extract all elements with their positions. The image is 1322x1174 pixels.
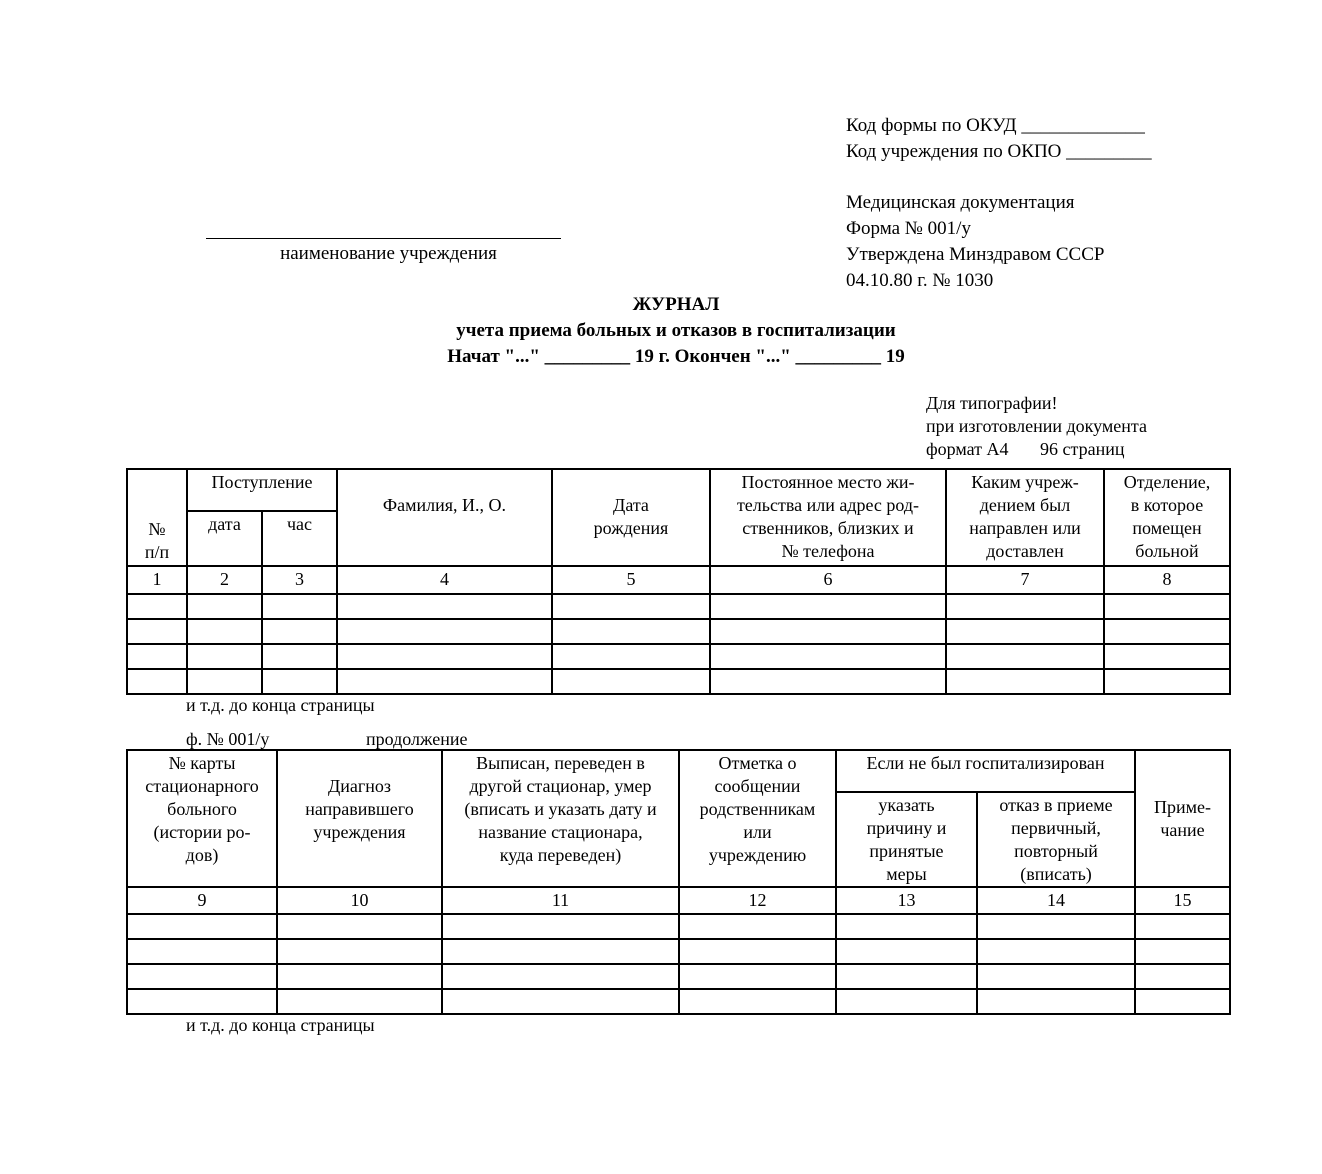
journal-period: Начат "..." _________ 19 г. Окончен "...… [300,344,1052,370]
column-number: 4 [337,566,552,594]
column-number: 3 [262,566,337,594]
table-row [127,914,1230,939]
table-cell[interactable] [679,964,836,989]
header-not-hospitalized: Если не был госпитализирован [836,750,1135,792]
column-number: 5 [552,566,710,594]
header-birth-date: Дата рождения [552,469,710,566]
table-cell[interactable] [710,669,946,694]
column-numbers-row: 9 10 11 12 13 14 15 [127,887,1230,914]
table-cell[interactable] [262,594,337,619]
header-number: № п/п [127,469,187,566]
table-cell[interactable] [946,669,1104,694]
table-cell[interactable] [710,619,946,644]
table-cell[interactable] [552,594,710,619]
table-cell[interactable] [552,669,710,694]
column-number: 12 [679,887,836,914]
header-reason: указать причину и принятые меры [836,792,977,887]
meta-line: Медицинская документация [846,190,1104,216]
table-row [127,594,1230,619]
header-card-number: № карты стационарного больного (истории … [127,750,277,887]
header-admission-hour: час [262,511,337,566]
header-admission: Поступление [187,469,337,511]
table-cell[interactable] [187,644,262,669]
page-subtitle: учета приема больных и отказов в госпита… [300,318,1052,344]
table-cell[interactable] [127,964,277,989]
table-cell[interactable] [1104,619,1230,644]
header-discharged: Выписан, переведен в другой стационар, у… [442,750,679,887]
table-cell[interactable] [552,644,710,669]
okud-code-line: Код формы по ОКУД _____________ [846,113,1152,139]
table-cell[interactable] [977,939,1135,964]
table-cell[interactable] [277,914,442,939]
table-cell[interactable] [1104,594,1230,619]
table-cell[interactable] [337,619,552,644]
column-number: 11 [442,887,679,914]
table-cell[interactable] [1135,939,1230,964]
column-number: 9 [127,887,277,914]
table-row [127,644,1230,669]
table-cell[interactable] [679,989,836,1014]
table-cell[interactable] [277,964,442,989]
header-referred-by: Каким учреж- дением был направлен или до… [946,469,1104,566]
table-row [127,619,1230,644]
table-cell[interactable] [262,669,337,694]
table-cell[interactable] [836,964,977,989]
table-cell[interactable] [127,914,277,939]
table-cell[interactable] [277,939,442,964]
table-row [127,964,1230,989]
table-cell[interactable] [442,964,679,989]
continue-note: и т.д. до конца страницы [186,1012,375,1038]
column-number: 15 [1135,887,1230,914]
empty-rows [127,914,1230,1014]
table-cell[interactable] [337,669,552,694]
table-cell[interactable] [836,989,977,1014]
table-cell[interactable] [277,989,442,1014]
table-cell[interactable] [946,619,1104,644]
column-number: 13 [836,887,977,914]
form-codes: Код формы по ОКУД _____________ Код учре… [846,113,1152,165]
table-cell[interactable] [262,644,337,669]
institution-name-label: наименование учреждения [206,241,571,267]
typography-note-line: Для типографии! [926,392,1147,415]
header-full-name: Фамилия, И., О. [337,469,552,566]
meta-line: Утверждена Минздравом СССР [846,242,1104,268]
meta-line: Форма № 001/у [846,216,1104,242]
header-address: Постоянное место жи- тельства или адрес … [710,469,946,566]
table-row [127,939,1230,964]
header-notification: Отметка о сообщении родственникам или уч… [679,750,836,887]
column-number: 6 [710,566,946,594]
table-cell[interactable] [187,619,262,644]
institution-name-field[interactable] [206,238,561,239]
meta-line: 04.10.80 г. № 1030 [846,268,1104,294]
header-diagnosis: Диагноз направившего учреждения [277,750,442,887]
table-cell[interactable] [127,619,187,644]
page-title: ЖУРНАЛ [300,292,1052,318]
table-cell[interactable] [977,964,1135,989]
table-cell[interactable] [710,644,946,669]
admission-journal-continuation-table: № карты стационарного больного (истории … [126,749,1231,1015]
table-cell[interactable] [836,914,977,939]
column-number: 7 [946,566,1104,594]
table-row [127,989,1230,1014]
header-remark: Приме- чание [1135,750,1230,887]
table-cell[interactable] [337,644,552,669]
column-number: 14 [977,887,1135,914]
table-cell[interactable] [977,989,1135,1014]
table-cell[interactable] [1135,989,1230,1014]
column-number: 2 [187,566,262,594]
table-cell[interactable] [127,669,187,694]
okpo-code-line: Код учреждения по ОКПО _________ [846,139,1152,165]
column-number: 1 [127,566,187,594]
typography-note-line: при изготовлении документа [926,415,1147,438]
header-admission-date: дата [187,511,262,566]
table-cell[interactable] [946,594,1104,619]
table-row [127,669,1230,694]
typography-note-line: формат А4 96 страниц [926,438,1147,461]
table-cell[interactable] [836,939,977,964]
table-cell[interactable] [127,989,277,1014]
table-cell[interactable] [337,594,552,619]
form-meta: Медицинская документация Форма № 001/у У… [846,190,1104,294]
table-cell[interactable] [679,914,836,939]
table-cell[interactable] [187,669,262,694]
continue-note: и т.д. до конца страницы [186,692,375,718]
header-refusal: отказ в приеме первичный, повторный (впи… [977,792,1135,887]
table-cell[interactable] [679,939,836,964]
column-number: 10 [277,887,442,914]
typography-note: Для типографии! при изготовлении докумен… [926,392,1147,461]
table-cell[interactable] [1104,669,1230,694]
table-cell[interactable] [1135,914,1230,939]
table-cell[interactable] [127,939,277,964]
table-cell[interactable] [187,594,262,619]
table-cell[interactable] [127,594,187,619]
table-cell[interactable] [977,914,1135,939]
column-number: 8 [1104,566,1230,594]
table-cell[interactable] [262,619,337,644]
table-cell[interactable] [442,914,679,939]
table-cell[interactable] [442,939,679,964]
admission-journal-table: № п/п Поступление Фамилия, И., О. Дата р… [126,468,1231,695]
header-department: Отделение, в которое помещен больной [1104,469,1230,566]
table-cell[interactable] [946,644,1104,669]
table-cell[interactable] [710,594,946,619]
table-cell[interactable] [442,989,679,1014]
empty-rows [127,594,1230,694]
table-cell[interactable] [1104,644,1230,669]
table-cell[interactable] [552,619,710,644]
column-numbers-row: 1 2 3 4 5 6 7 8 [127,566,1230,594]
table-cell[interactable] [1135,964,1230,989]
table-cell[interactable] [127,644,187,669]
